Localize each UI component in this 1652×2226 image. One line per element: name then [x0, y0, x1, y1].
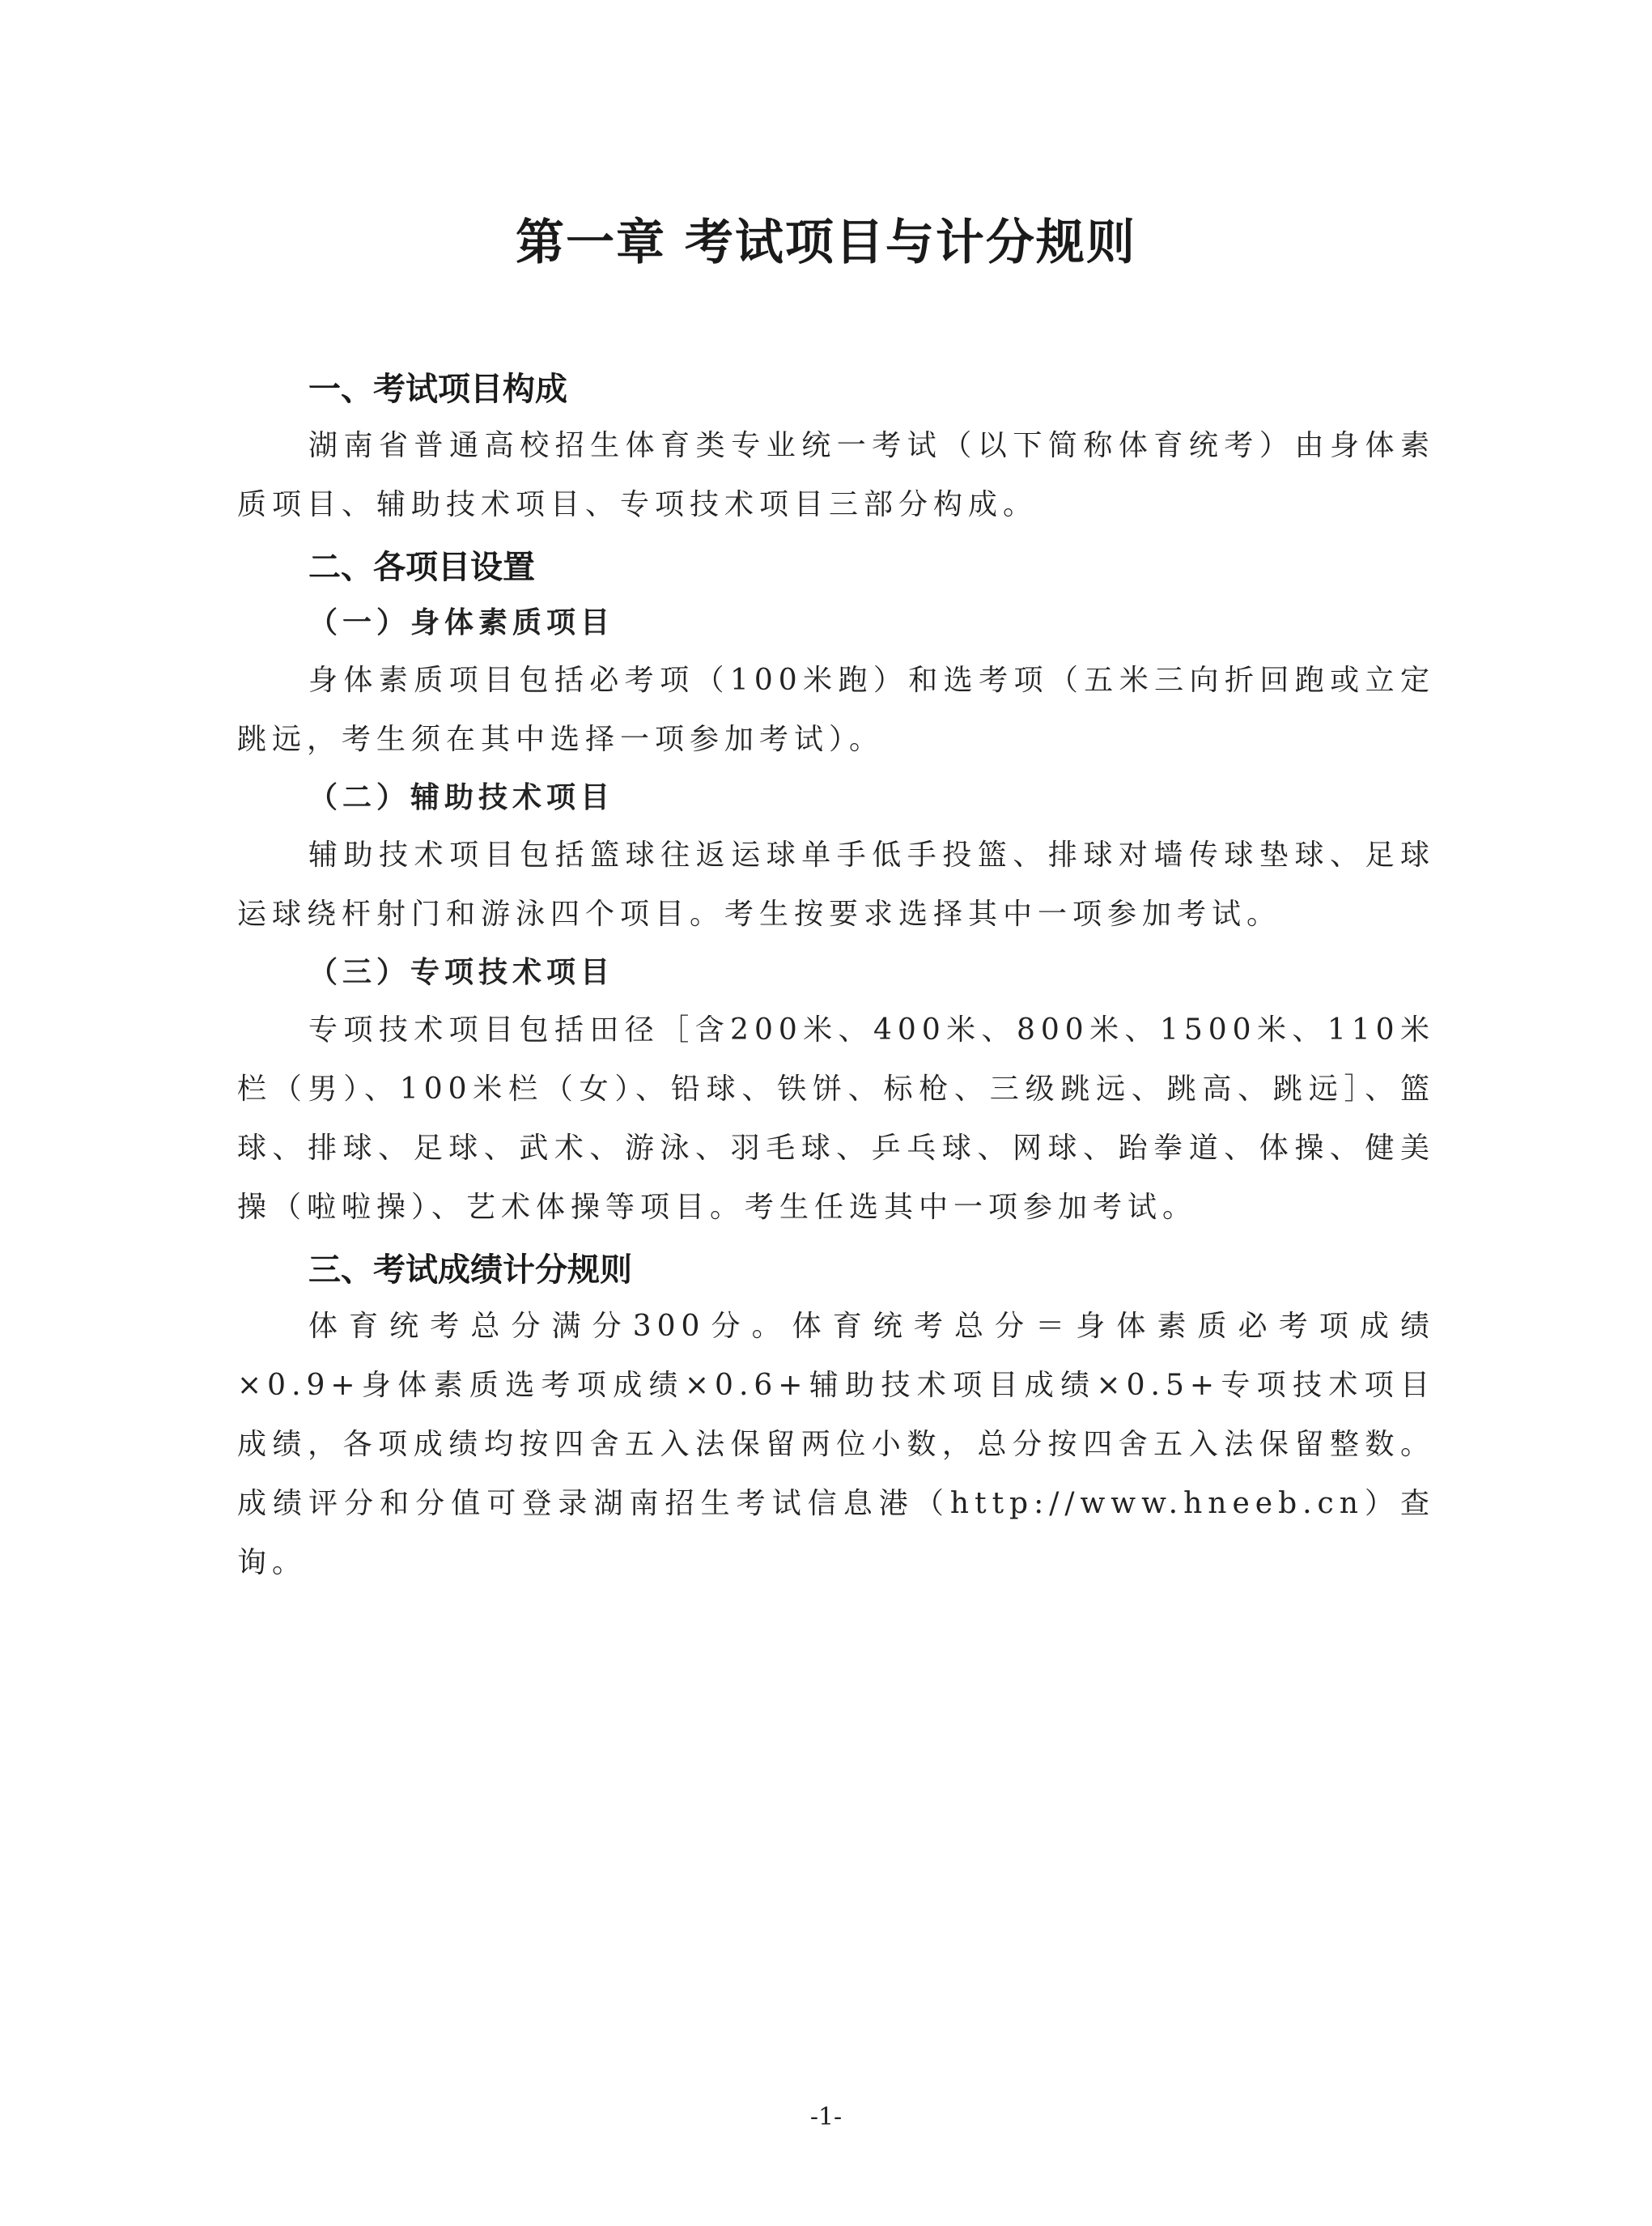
chapter-title: 第一章 考试项目与计分规则	[0, 204, 1652, 274]
section-heading: 一、考试项目构成	[237, 363, 1435, 416]
paragraph: 体育统考总分满分300分。体育统考总分＝身体素质必考项成绩×0.9+身体素质选考…	[237, 1297, 1435, 1592]
section-exam-composition: 一、考试项目构成 湖南省普通高校招生体育类专业统一考试（以下简称体育统考）由身体…	[237, 363, 1435, 534]
paragraph: 身体素质项目包括必考项（100米跑）和选考项（五米三向折回跑或立定跳远，考生须在…	[237, 651, 1435, 769]
page-number: -1-	[0, 2103, 1652, 2131]
paragraph: 专项技术项目包括田径［含200米、400米、800米、1500米、110米栏（男…	[237, 1000, 1435, 1237]
subsection-heading: （三）专项技术项目	[237, 944, 1435, 1000]
subsection-heading: （二）辅助技术项目	[237, 769, 1435, 826]
document-page: 第一章 考试项目与计分规则 一、考试项目构成 湖南省普通高校招生体育类专业统一考…	[0, 0, 1652, 2226]
subsection-heading: （一）身体素质项目	[237, 594, 1435, 651]
paragraph: 湖南省普通高校招生体育类专业统一考试（以下简称体育统考）由身体素质项目、辅助技术…	[237, 416, 1435, 534]
page-content: 一、考试项目构成 湖南省普通高校招生体育类专业统一考试（以下简称体育统考）由身体…	[237, 363, 1435, 1592]
section-heading: 三、考试成绩计分规则	[237, 1243, 1435, 1297]
section-scoring-rules: 三、考试成绩计分规则 体育统考总分满分300分。体育统考总分＝身体素质必考项成绩…	[237, 1243, 1435, 1592]
paragraph: 辅助技术项目包括篮球往返运球单手低手投篮、排球对墙传球垫球、足球运球绕杆射门和游…	[237, 826, 1435, 944]
section-item-settings: 二、各项目设置 （一）身体素质项目 身体素质项目包括必考项（100米跑）和选考项…	[237, 541, 1435, 1237]
section-heading: 二、各项目设置	[237, 541, 1435, 594]
